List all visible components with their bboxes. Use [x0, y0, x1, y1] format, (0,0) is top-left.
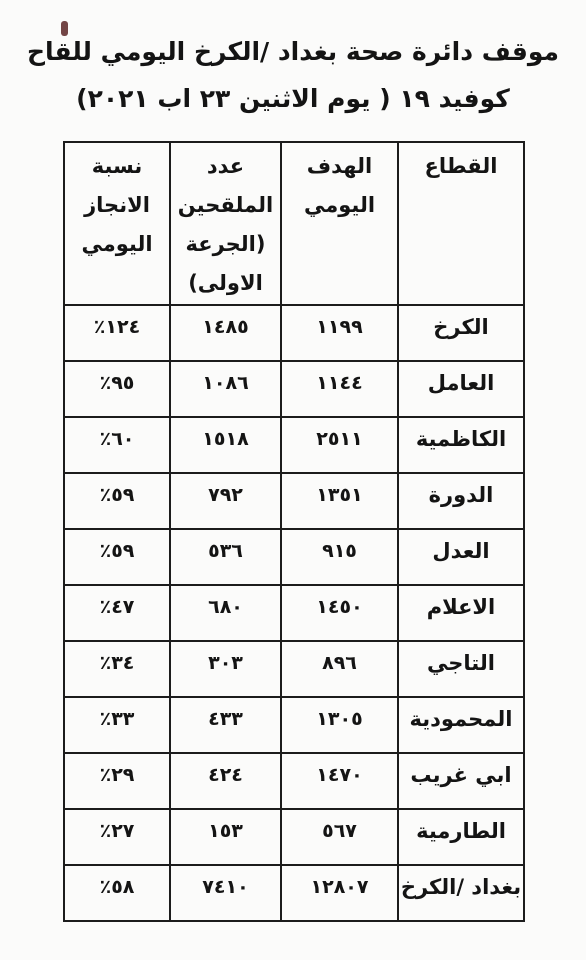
cell-percent: ٦٠٪ [64, 417, 170, 473]
cell-daily-target: ١٤٧٠ [281, 753, 398, 809]
cell-daily-target: ٢٥١١ [281, 417, 398, 473]
cell-daily-target: ١١٩٩ [281, 305, 398, 361]
column-header-vaccinated-first-dose: عدد الملقحين (الجرعة الاولى) [170, 142, 281, 305]
cell-daily-target: ١٤٥٠ [281, 585, 398, 641]
cell-vaccinated: ٧٩٢ [170, 473, 281, 529]
cell-sector: بغداد /الكرخ [398, 865, 524, 921]
table-body: الكرخ١١٩٩١٤٨٥١٢٤٪العامل١١٤٤١٠٨٦٩٥٪الكاظم… [64, 305, 524, 921]
table-row: التاجي٨٩٦٣٠٣٣٤٪ [64, 641, 524, 697]
table-row: الدورة١٣٥١٧٩٢٥٩٪ [64, 473, 524, 529]
cell-percent: ٢٧٪ [64, 809, 170, 865]
cell-percent: ٥٨٪ [64, 865, 170, 921]
cell-vaccinated: ٣٠٣ [170, 641, 281, 697]
table-row: ابي غريب١٤٧٠٤٢٤٢٩٪ [64, 753, 524, 809]
cell-sector: الاعلام [398, 585, 524, 641]
cell-sector: الكاظمية [398, 417, 524, 473]
cell-daily-target: ١٣٥١ [281, 473, 398, 529]
table-row: المحمودية١٣٠٥٤٣٣٣٣٪ [64, 697, 524, 753]
cell-percent: ٥٩٪ [64, 473, 170, 529]
cell-vaccinated: ٤٢٤ [170, 753, 281, 809]
document-title: موقف دائرة صحة بغداد /الكرخ اليومي للقاح… [0, 0, 586, 122]
cell-vaccinated: ١٤٨٥ [170, 305, 281, 361]
cell-daily-target: ٨٩٦ [281, 641, 398, 697]
cell-sector: الدورة [398, 473, 524, 529]
cell-percent: ٥٩٪ [64, 529, 170, 585]
document-title-line2: كوفيد ١٩ ( يوم الاثنين ٢٣ اب ٢٠٢١) [0, 75, 586, 122]
column-header-sector: القطاع [398, 142, 524, 305]
cell-percent: ٢٩٪ [64, 753, 170, 809]
cell-percent: ٣٤٪ [64, 641, 170, 697]
cell-percent: ١٢٤٪ [64, 305, 170, 361]
cell-daily-target: ٥٦٧ [281, 809, 398, 865]
column-header-daily-achievement-percent: نسبة الانجاز اليومي [64, 142, 170, 305]
cell-sector: الطارمية [398, 809, 524, 865]
cell-sector: المحمودية [398, 697, 524, 753]
table-row: العامل١١٤٤١٠٨٦٩٥٪ [64, 361, 524, 417]
table-row: الاعلام١٤٥٠٦٨٠٤٧٪ [64, 585, 524, 641]
column-header-daily-target: الهدف اليومي [281, 142, 398, 305]
vaccination-table: القطاع الهدف اليومي عدد الملقحين (الجرعة… [63, 141, 525, 922]
cell-daily-target: ٩١٥ [281, 529, 398, 585]
cell-vaccinated: ١٥٣ [170, 809, 281, 865]
table-row: العدل٩١٥٥٣٦٥٩٪ [64, 529, 524, 585]
cell-sector: التاجي [398, 641, 524, 697]
cell-percent: ٣٣٪ [64, 697, 170, 753]
cell-sector: ابي غريب [398, 753, 524, 809]
document-page: موقف دائرة صحة بغداد /الكرخ اليومي للقاح… [0, 0, 586, 960]
cell-daily-target: ١٣٠٥ [281, 697, 398, 753]
cell-percent: ٤٧٪ [64, 585, 170, 641]
cell-percent: ٩٥٪ [64, 361, 170, 417]
table-row: الطارمية٥٦٧١٥٣٢٧٪ [64, 809, 524, 865]
cell-sector: العدل [398, 529, 524, 585]
table-row: الكرخ١١٩٩١٤٨٥١٢٤٪ [64, 305, 524, 361]
cell-vaccinated: ٤٣٣ [170, 697, 281, 753]
header-row: القطاع الهدف اليومي عدد الملقحين (الجرعة… [64, 142, 524, 305]
cell-vaccinated: ٦٨٠ [170, 585, 281, 641]
cell-daily-target: ١١٤٤ [281, 361, 398, 417]
table-row: الكاظمية٢٥١١١٥١٨٦٠٪ [64, 417, 524, 473]
cell-vaccinated: ٧٤١٠ [170, 865, 281, 921]
cell-sector: الكرخ [398, 305, 524, 361]
cell-daily-target: ١٢٨٠٧ [281, 865, 398, 921]
scan-artifact [61, 21, 68, 36]
cell-vaccinated: ١٥١٨ [170, 417, 281, 473]
cell-vaccinated: ١٠٨٦ [170, 361, 281, 417]
table-row-total: بغداد /الكرخ١٢٨٠٧٧٤١٠٥٨٪ [64, 865, 524, 921]
cell-sector: العامل [398, 361, 524, 417]
document-title-line1: موقف دائرة صحة بغداد /الكرخ اليومي للقاح [0, 28, 586, 75]
cell-vaccinated: ٥٣٦ [170, 529, 281, 585]
